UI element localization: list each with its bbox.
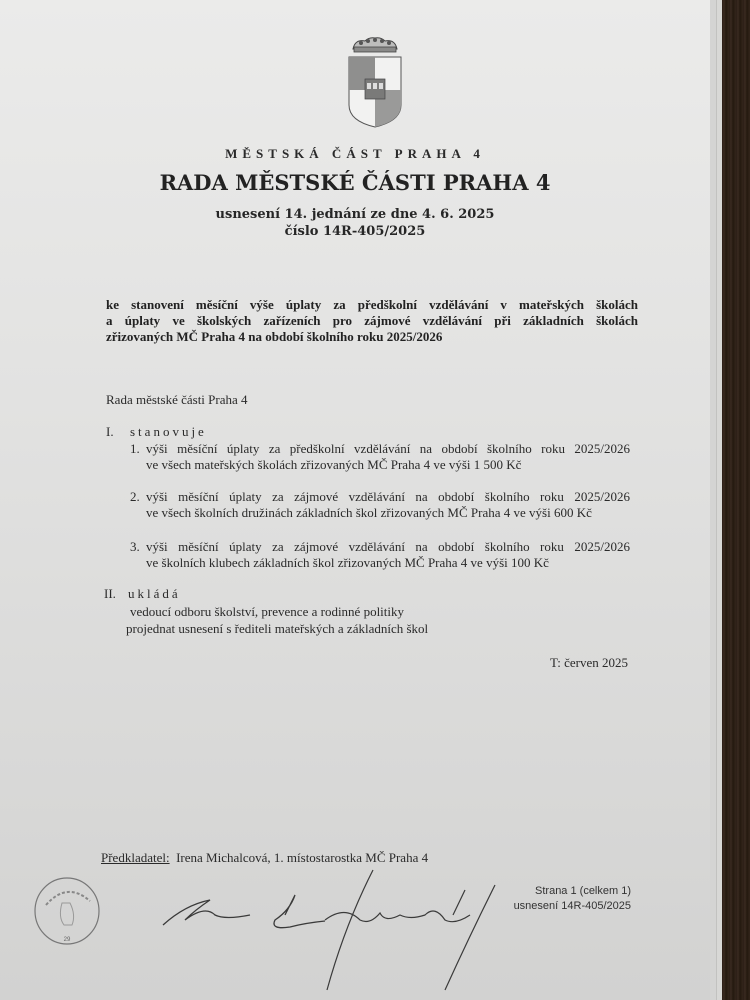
proposer: Předkladatel: Irena Michalcová, 1. místo… — [101, 850, 428, 866]
list-item: 1. výši měsíční úplaty za předškolní vzd… — [130, 441, 630, 473]
section-heading: ukládá — [128, 586, 181, 602]
footer-reference: usnesení 14R-405/2025 — [514, 899, 631, 914]
section-numeral: II. — [104, 586, 116, 602]
document-page: MĚSTSKÁ ČÁST PRAHA 4 RADA MĚSTSKÉ ČÁSTI … — [0, 0, 710, 1000]
deadline: T: červen 2025 — [550, 655, 628, 671]
signature-icon — [155, 865, 505, 995]
proposer-name: Irena Michalcová, 1. místostarostka MČ P… — [176, 850, 428, 865]
proposer-label: Předkladatel: — [101, 850, 170, 865]
resolution-line: usnesení 14. jednání ze dne 4. 6. 2025 — [0, 207, 710, 222]
district-header: MĚSTSKÁ ČÁST PRAHA 4 — [0, 146, 710, 162]
resolution-subject: ke stanovení měsíční výše úplaty za před… — [106, 297, 638, 345]
subject-line: ke stanovení měsíční výše úplaty za před… — [106, 297, 638, 313]
subject-line: zřizovaných MČ Praha 4 na období školníh… — [106, 329, 638, 345]
list-item: 2. výši měsíční úplaty za zájmové vzdělá… — [130, 489, 630, 521]
resolution-number: číslo 14R-405/2025 — [0, 224, 710, 239]
page-title: RADA MĚSTSKÉ ČÁSTI PRAHA 4 — [0, 170, 710, 195]
svg-text:29: 29 — [64, 937, 71, 943]
list-item: 3. výši měsíční úplaty za zájmové vzdělá… — [130, 539, 630, 571]
task-line: projednat usnesení s řediteli mateřských… — [126, 621, 428, 637]
section-heading: stanovuje — [130, 424, 207, 440]
page-number: Strana 1 (celkem 1) — [514, 884, 631, 899]
official-stamp-icon: 29 — [32, 875, 102, 947]
task-line: vedoucí odboru školství, prevence a rodi… — [130, 604, 404, 620]
coat-of-arms-icon — [343, 35, 407, 131]
council-name: Rada městské části Praha 4 — [106, 392, 248, 408]
section-numeral: I. — [106, 424, 114, 440]
page-footer: Strana 1 (celkem 1) usnesení 14R-405/202… — [514, 884, 631, 914]
subject-line: a úplaty ve školských zařízeních pro záj… — [106, 313, 638, 329]
